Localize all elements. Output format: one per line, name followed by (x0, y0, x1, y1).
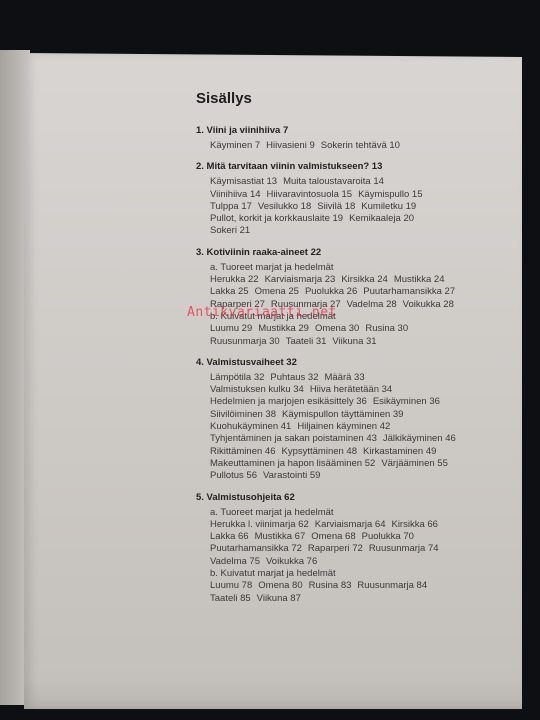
toc-entry: Karviaismarja 23 (265, 274, 336, 285)
entry-line: Valmistuksen kulku 34Hiiva herätetään 34 (210, 384, 516, 396)
entry-line: Herukka l. viinimarja 62Karviaismarja 64… (210, 519, 516, 531)
toc-entry: Viikuna 31 (332, 336, 376, 347)
toc-entry: Esikäyminen 36 (373, 396, 440, 407)
toc-entry: a. Tuoreet marjat ja hedelmät (210, 507, 334, 518)
entry-line: Pullotus 56Varastointi 59 (210, 470, 516, 482)
entry-line: Vadelma 75Voikukka 76 (210, 556, 516, 568)
toc-entry: Makeuttaminen ja hapon lisääminen 52 (210, 458, 375, 469)
toc-entry: Kirkastaminen 49 (363, 446, 436, 457)
toc-entry: Kumiletku 19 (361, 201, 416, 212)
entry-line: Hedelmien ja marjojen esikäsittely 36Esi… (210, 396, 516, 408)
toc-entry: Hiivaravintosuola 15 (267, 189, 353, 200)
toc-entry: Mustikka 29 (258, 323, 309, 334)
entry-line: Ruusunmarja 30Taateli 31Viikuna 31 (210, 336, 516, 348)
toc-entry: Siivilöiminen 38 (210, 409, 276, 420)
toc-entry: Tulppa 17 (210, 201, 252, 212)
entry-line: Taateli 85Viikuna 87 (210, 593, 516, 605)
toc-entry: b. Kuivatut marjat ja hedelmät (210, 568, 336, 579)
entry-line: Käyminen 7Hiivasieni 9Sokerin tehtävä 10 (210, 140, 516, 152)
entry-line: Rikittäminen 46Kypsyttäminen 48Kirkastam… (210, 446, 516, 458)
toc-section: 3. Kotiviinin raaka-aineet 22a. Tuoreet … (196, 247, 516, 348)
toc-entry: Hiivasieni 9 (266, 140, 315, 151)
entry-line: Puutarhamansikka 72Raparperi 72Ruusunmar… (210, 543, 516, 555)
page-title: Sisällys (196, 90, 516, 107)
entry-line: Kuohukäyminen 41Hiljainen käyminen 42 (210, 421, 516, 433)
toc-entry: Lakka 66 (210, 531, 249, 542)
toc-entry: Lämpötila 32 (210, 372, 264, 383)
entry-line: Tyhjentäminen ja sakan poistaminen 43Jäl… (210, 433, 516, 445)
subsection-heading: a. Tuoreet marjat ja hedelmät (210, 262, 516, 274)
toc-entry: Käymispullo 15 (358, 189, 422, 200)
entry-line: Herukka 22Karviaismarja 23Kirsikka 24Mus… (210, 274, 516, 286)
section-entries: Käymisastiat 13Muita taloustavaroita 14V… (196, 176, 516, 237)
toc-section: 2. Mitä tarvitaan viinin valmistukseen? … (196, 161, 516, 237)
toc-entry: Omena 25 (255, 286, 299, 297)
toc-entry: Kypsyttäminen 48 (281, 446, 357, 457)
toc-entry: Raparperi 72 (308, 543, 363, 554)
toc-entry: Ruusunmarja 84 (357, 580, 427, 591)
toc-entry: Käymispullon täyttäminen 39 (282, 409, 403, 420)
toc-entry: Kemikaaleja 20 (349, 213, 414, 224)
toc-entry: Muita taloustavaroita 14 (283, 176, 384, 187)
toc-entry: Omena 68 (311, 531, 355, 542)
toc-entry: Kuohukäyminen 41 (210, 421, 291, 432)
entry-line: Tulppa 17Vesilukko 18Siivilä 18Kumiletku… (210, 201, 516, 213)
toc-entry: Puutarhamansikka 72 (210, 543, 302, 554)
toc-entry: Puutarhamansikka 27 (363, 286, 455, 297)
toc-section: 5. Valmistusohjeita 62a. Tuoreet marjat … (196, 492, 516, 605)
toc-sections: 1. Viini ja viinihiiva 7Käyminen 7Hiivas… (196, 125, 516, 605)
toc-entry: Puolukka 26 (305, 286, 357, 297)
toc-entry: Ruusunmarja 30 (210, 336, 280, 347)
toc-entry: Taateli 31 (286, 336, 327, 347)
section-entries: Käyminen 7Hiivasieni 9Sokerin tehtävä 10 (196, 140, 516, 152)
watermark: Antikvariaatti.net (187, 305, 337, 320)
toc-entry: Rusina 30 (365, 323, 408, 334)
section-entries: Lämpötila 32Puhtaus 32Määrä 33Valmistuks… (196, 372, 516, 483)
toc-entry: Värjääminen 55 (381, 458, 448, 469)
toc-entry: Vadelma 28 (347, 299, 397, 310)
entry-line: Viinihiiva 14Hiivaravintosuola 15Käymisp… (210, 189, 516, 201)
entry-line: Makeuttaminen ja hapon lisääminen 52Värj… (210, 458, 516, 470)
toc-entry: Siivilä 18 (317, 201, 355, 212)
toc-entry: Hiljainen käyminen 42 (297, 421, 390, 432)
section-heading: 2. Mitä tarvitaan viinin valmistukseen? … (196, 161, 516, 172)
toc-entry: Ruusunmarja 74 (369, 543, 439, 554)
toc-entry: Puolukka 70 (362, 531, 414, 542)
entry-line: Luumu 29Mustikka 29Omena 30Rusina 30 (210, 323, 516, 335)
toc-entry: Vadelma 75 (210, 556, 260, 567)
entry-line: Lakka 25Omena 25Puolukka 26Puutarhamansi… (210, 286, 516, 298)
toc-entry: Rikittäminen 46 (210, 446, 275, 457)
toc-entry: Varastointi 59 (263, 470, 320, 481)
entry-line: Lakka 66Mustikka 67Omena 68Puolukka 70 (210, 531, 516, 543)
toc-entry: Käymisastiat 13 (210, 176, 277, 187)
toc-entry: Määrä 33 (324, 372, 364, 383)
section-heading: 5. Valmistusohjeita 62 (196, 492, 516, 503)
section-heading: 4. Valmistusvaiheet 32 (196, 357, 516, 368)
toc-entry: Kirsikka 66 (391, 519, 437, 530)
table-of-contents: Sisällys 1. Viini ja viinihiiva 7Käymine… (196, 90, 516, 614)
toc-entry: Viinihiiva 14 (210, 189, 261, 200)
subsection-heading: b. Kuivatut marjat ja hedelmät (210, 568, 516, 580)
toc-entry: Taateli 85 (210, 593, 251, 604)
entry-line: Käymisastiat 13Muita taloustavaroita 14 (210, 176, 516, 188)
toc-entry: Hedelmien ja marjojen esikäsittely 36 (210, 396, 367, 407)
toc-entry: Luumu 78 (210, 580, 252, 591)
toc-entry: Puhtaus 32 (270, 372, 318, 383)
entry-line: Sokeri 21 (210, 225, 516, 237)
toc-entry: Jälkikäyminen 46 (383, 433, 456, 444)
toc-entry: Rusina 83 (309, 580, 352, 591)
entry-line: Siivilöiminen 38Käymispullon täyttäminen… (210, 409, 516, 421)
entry-line: Lämpötila 32Puhtaus 32Määrä 33 (210, 372, 516, 384)
toc-section: 1. Viini ja viinihiiva 7Käyminen 7Hiivas… (196, 125, 516, 152)
toc-entry: Lakka 25 (210, 286, 249, 297)
subsection-heading: a. Tuoreet marjat ja hedelmät (210, 507, 516, 519)
toc-entry: Sokeri 21 (210, 225, 250, 236)
entry-line: Pullot, korkit ja korkkauslaite 19Kemika… (210, 213, 516, 225)
toc-entry: Hiiva herätetään 34 (310, 384, 392, 395)
toc-entry: Voikukka 76 (266, 556, 317, 567)
toc-entry: Viikuna 87 (257, 593, 301, 604)
toc-entry: Voikukka 28 (403, 299, 454, 310)
toc-entry: Pullotus 56 (210, 470, 257, 481)
section-heading: 3. Kotiviinin raaka-aineet 22 (196, 247, 516, 258)
toc-entry: Herukka 22 (210, 274, 259, 285)
toc-entry: Tyhjentäminen ja sakan poistaminen 43 (210, 433, 377, 444)
toc-entry: Mustikka 67 (255, 531, 306, 542)
toc-entry: Vesilukko 18 (258, 201, 311, 212)
section-entries: a. Tuoreet marjat ja hedelmätHerukka l. … (196, 507, 516, 605)
toc-entry: Sokerin tehtävä 10 (321, 140, 400, 151)
toc-entry: Valmistuksen kulku 34 (210, 384, 304, 395)
entry-line: Luumu 78Omena 80Rusina 83Ruusunmarja 84 (210, 580, 516, 592)
toc-entry: Herukka l. viinimarja 62 (210, 519, 309, 530)
toc-entry: Omena 80 (258, 580, 302, 591)
toc-entry: Karviaismarja 64 (315, 519, 386, 530)
section-heading: 1. Viini ja viinihiiva 7 (196, 125, 516, 136)
toc-entry: Kirsikka 24 (341, 274, 387, 285)
toc-entry: Luumu 29 (210, 323, 252, 334)
toc-section: 4. Valmistusvaiheet 32Lämpötila 32Puhtau… (196, 357, 516, 483)
toc-entry: Mustikka 24 (394, 274, 445, 285)
toc-entry: a. Tuoreet marjat ja hedelmät (210, 262, 334, 273)
toc-entry: Käyminen 7 (210, 140, 260, 151)
toc-entry: Pullot, korkit ja korkkauslaite 19 (210, 213, 343, 224)
toc-entry: Omena 30 (315, 323, 359, 334)
